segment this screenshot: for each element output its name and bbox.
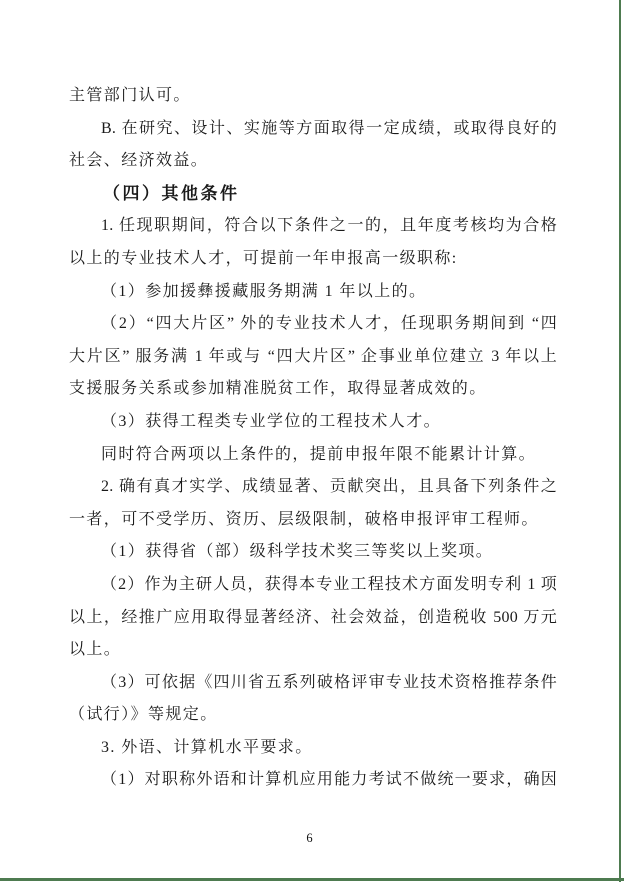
text-line: 主管部门认可。 [69,80,557,113]
text-line: 支援服务关系或参加精准脱贫工作，取得显著成效的。 [69,373,557,406]
text-line: 社会、经济效益。 [69,145,557,178]
section-heading: （四）其他条件 [69,178,557,211]
text-line: （1）对职称外语和计算机应用能力考试不做统一要求，确因 [69,764,557,797]
text-line: （1）参加援彝援藏服务期满 1 年以上的。 [69,276,557,309]
text-line: （3）获得工程类专业学位的工程技术人才。 [69,406,557,439]
text-line: （3）可依据《四川省五系列破格评审专业技术资格推荐条件 [69,667,557,700]
page-border-bottom [0,878,624,881]
text-line: 大片区” 服务满 1 年或与 “四大片区” 企事业单位建立 3 年以上 [69,341,557,374]
text-line: 2. 确有真才实学、成绩显著、贡献突出，且具备下列条件之 [69,471,557,504]
text-line: 以上。 [69,634,557,667]
text-line: 1. 任现职期间，符合以下条件之一的，且年度考核均为合格 [69,210,557,243]
document-page: 主管部门认可。 B. 在研究、设计、实施等方面取得一定成绩，或取得良好的 社会、… [0,0,624,882]
text-line: B. 在研究、设计、实施等方面取得一定成绩，或取得良好的 [69,113,557,146]
document-body-text: 主管部门认可。 B. 在研究、设计、实施等方面取得一定成绩，或取得良好的 社会、… [69,80,557,797]
text-line: （试行）》等规定。 [69,699,557,732]
text-line: 以上，经推广应用取得显著经济、社会效益，创造税收 500 万元 [69,602,557,635]
text-line: 同时符合两项以上条件的，提前申报年限不能累计计算。 [69,439,557,472]
page-number: 6 [0,831,619,846]
text-line: 一者，可不受学历、资历、层级限制，破格申报评审工程师。 [69,504,557,537]
page-border-right [619,0,621,882]
text-line: （2）“四大片区” 外的专业技术人才，任现职务期间到 “四 [69,308,557,341]
text-line: 以上的专业技术人才，可提前一年申报高一级职称: [69,243,557,276]
text-line: 3. 外语、计算机水平要求。 [69,732,557,765]
text-line: （2）作为主研人员，获得本专业工程技术方面发明专利 1 项 [69,569,557,602]
text-line: （1）获得省（部）级科学技术奖三等奖以上奖项。 [69,536,557,569]
